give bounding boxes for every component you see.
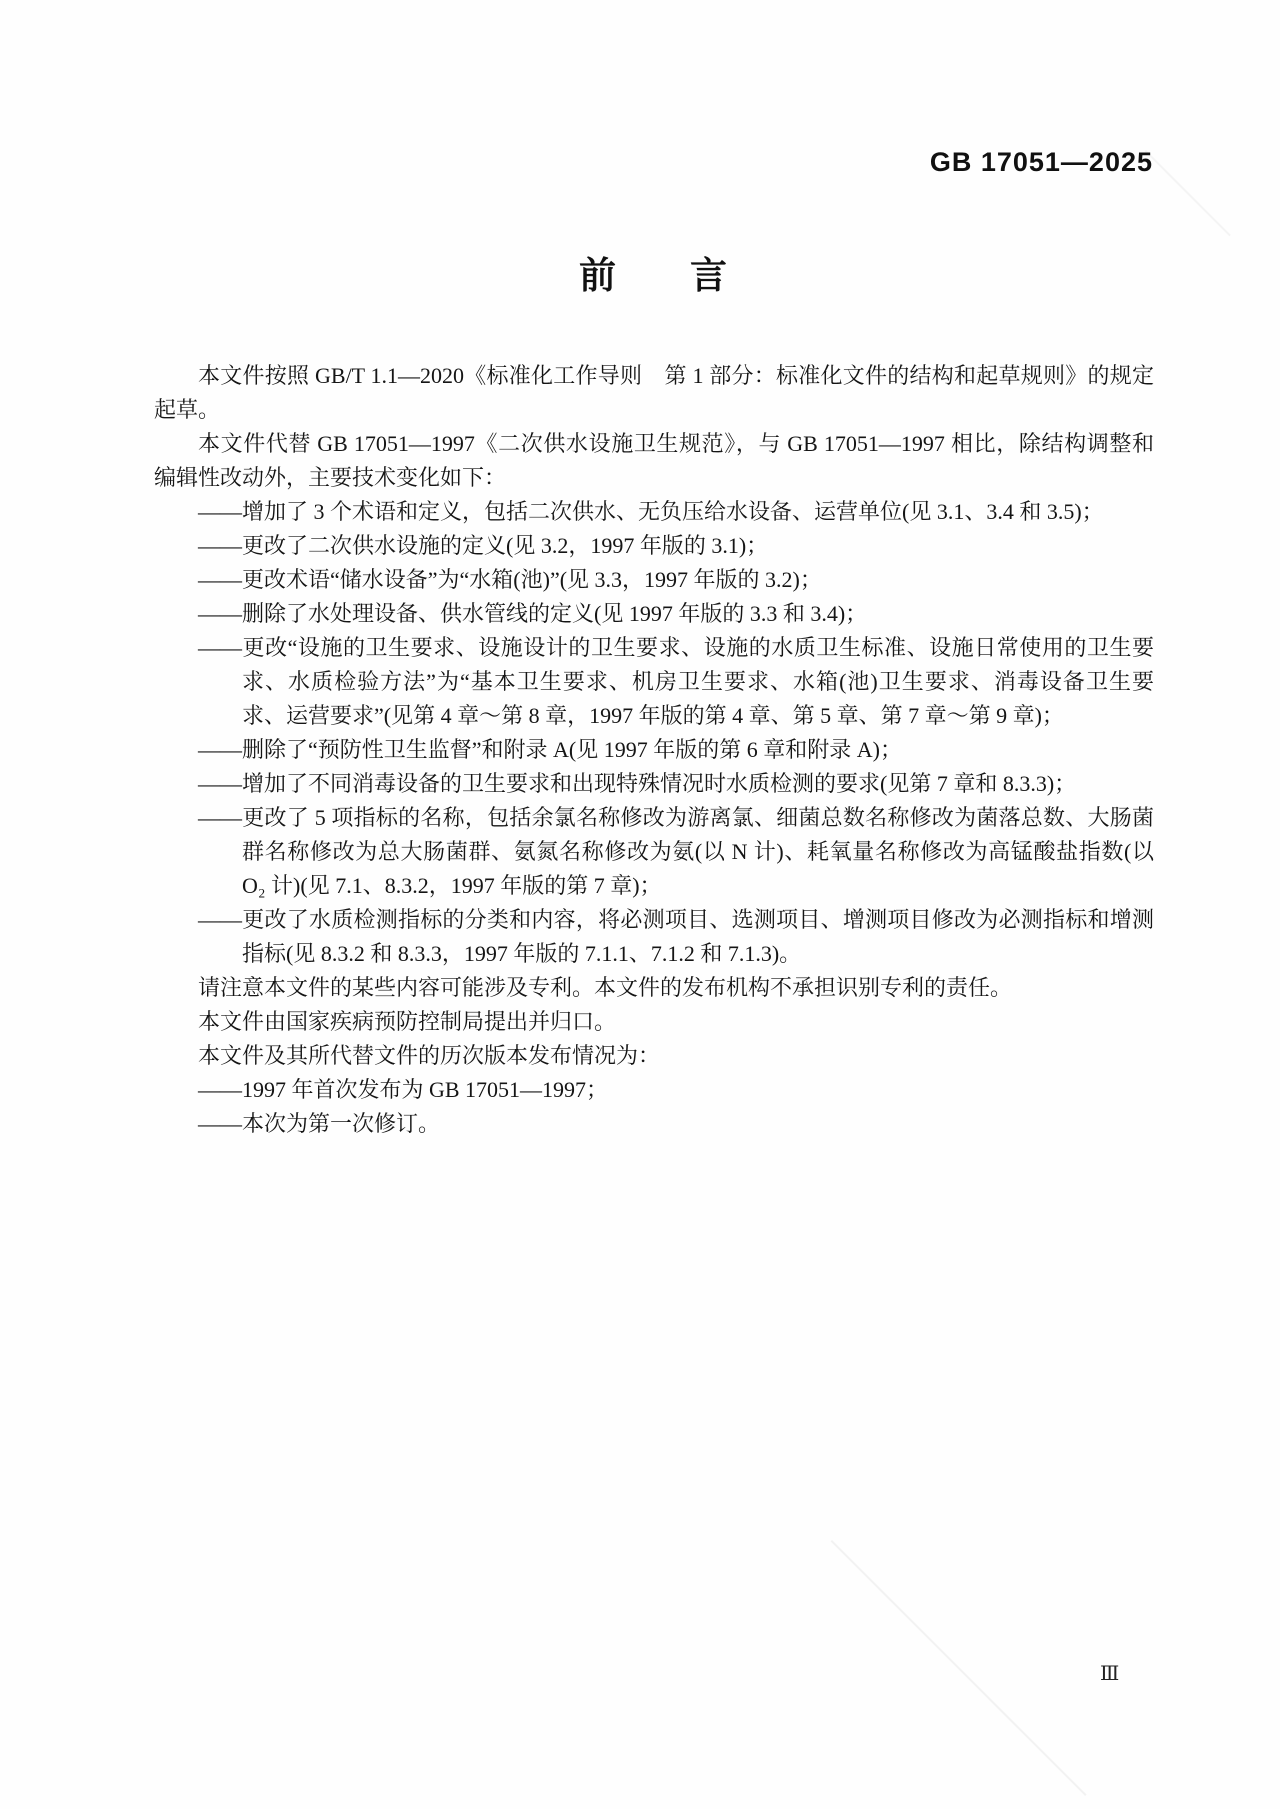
page-title: 前 言 — [153, 257, 1153, 295]
paragraph: 本文件由国家疾病预防控制局提出并归口。 — [154, 1005, 1154, 1039]
paragraph: 本文件代替 GB 17051—1997《二次供水设施卫生规范》，与 GB 170… — [154, 427, 1154, 495]
scan-artifact-line — [1145, 150, 1231, 236]
paragraph: 请注意本文件的某些内容可能涉及专利。本文件的发布机构不承担识别专利的责任。 — [154, 971, 1154, 1005]
change-list-item: ——删除了水处理设备、供水管线的定义(见 1997 年版的 3.3 和 3.4)… — [154, 597, 1154, 631]
change-list-item: ——删除了“预防性卫生监督”和附录 A(见 1997 年版的第 6 章和附录 A… — [154, 733, 1154, 767]
change-list-item: ——更改了 5 项指标的名称，包括余氯名称修改为游离氯、细菌总数名称修改为菌落总… — [154, 801, 1154, 903]
change-list-item: ——更改“设施的卫生要求、设施设计的卫生要求、设施的水质卫生标准、设施日常使用的… — [154, 631, 1154, 733]
change-list-item: ——本次为第一次修订。 — [154, 1107, 1154, 1141]
paragraph: 本文件按照 GB/T 1.1—2020《标准化工作导则 第 1 部分：标准化文件… — [154, 359, 1154, 427]
change-list-item: ——增加了 3 个术语和定义，包括二次供水、无负压给水设备、运营单位(见 3.1… — [154, 495, 1154, 529]
page-number: Ⅲ — [1100, 1663, 1119, 1685]
document-page: GB 17051—2025 前 言 本文件按照 GB/T 1.1—2020《标准… — [0, 0, 1280, 1809]
change-list-item: ——更改了二次供水设施的定义(见 3.2，1997 年版的 3.1)； — [154, 529, 1154, 563]
change-list-item: ——更改了水质检测指标的分类和内容，将必测项目、选测项目、增测项目修改为必测指标… — [154, 903, 1154, 971]
standard-number: GB 17051—2025 — [153, 149, 1153, 176]
change-list-item: ——更改术语“储水设备”为“水箱(池)”(见 3.3，1997 年版的 3.2)… — [154, 563, 1154, 597]
foreword-body: 本文件按照 GB/T 1.1—2020《标准化工作导则 第 1 部分：标准化文件… — [154, 359, 1154, 1141]
scan-artifact-line — [831, 1540, 1087, 1796]
change-list-item: ——增加了不同消毒设备的卫生要求和出现特殊情况时水质检测的要求(见第 7 章和 … — [154, 767, 1154, 801]
paragraph: 本文件及其所代替文件的历次版本发布情况为： — [154, 1039, 1154, 1073]
change-list-item: ——1997 年首次发布为 GB 17051—1997； — [154, 1073, 1154, 1107]
